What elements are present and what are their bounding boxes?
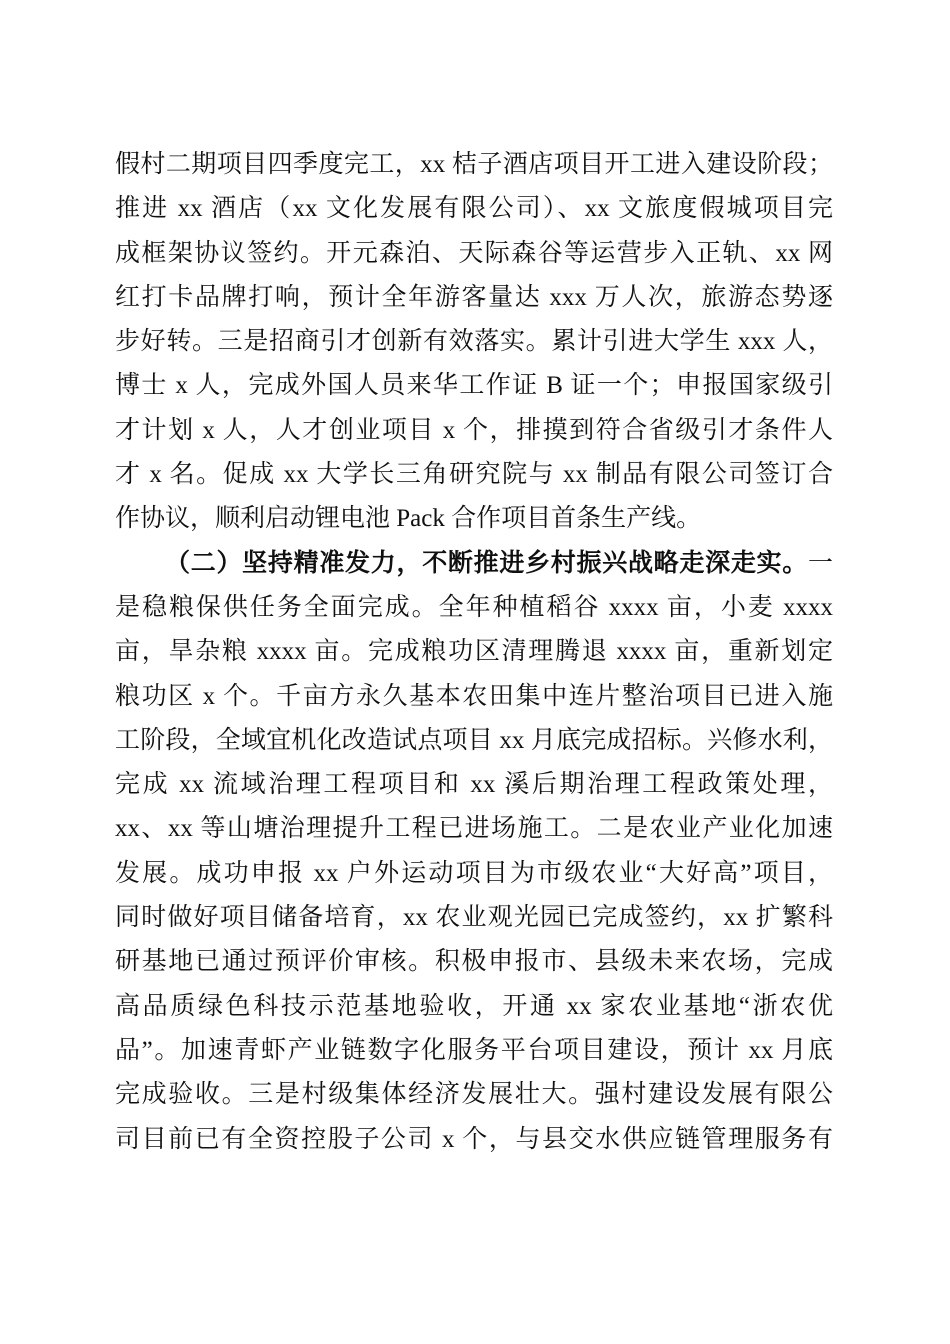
text-line: 工阶段，全域宜机化改造试点项目 xx 月底完成招标。兴修水利， — [115, 719, 833, 763]
text-line: xx、xx 等山塘治理提升工程已进场施工。二是农业产业化加速 — [115, 807, 833, 851]
document-page: 假村二期项目四季度完工，xx 桔子酒店项目开工进入建设阶段；推进 xx 酒店（x… — [0, 0, 950, 1344]
text-line: 推进 xx 酒店（xx 文化发展有限公司）、xx 文旅度假城项目完 — [115, 187, 833, 231]
text-line: 司目前已有全资控股子公司 x 个，与县交水供应链管理服务有 — [115, 1118, 833, 1162]
body-text: 是稳粮保供任务全面完成。全年种植稻谷 xxxx 亩，小麦 xxxx — [115, 594, 833, 621]
text-line: 高品质绿色科技示范基地验收，开通 xx 家农业基地“浙农优 — [115, 985, 833, 1029]
body-text: 步好转。三是招商引才创新有效落实。累计引进大学生 xxx 人， — [115, 328, 833, 355]
section-heading-text: （二）坚持精准发力，不断推进乡村振兴战略走深走实。 — [165, 550, 808, 577]
body-text: 成框架协议签约。开元森泊、天际森谷等运营步入正轨、xx 网 — [115, 240, 833, 267]
body-text: 推进 xx 酒店（xx 文化发展有限公司）、xx 文旅度假城项目完 — [115, 195, 833, 222]
body-text: 工阶段，全域宜机化改造试点项目 xx 月底完成招标。兴修水利， — [115, 727, 833, 754]
body-text: 一 — [808, 550, 833, 577]
body-text: 研基地已通过预评价审核。积极申报市、县级未来农场，完成 — [115, 948, 833, 975]
body-text: 假村二期项目四季度完工，xx 桔子酒店项目开工进入建设阶段； — [115, 151, 833, 178]
body-text: 司目前已有全资控股子公司 x 个，与县交水供应链管理服务有 — [115, 1126, 833, 1153]
text-block: 假村二期项目四季度完工，xx 桔子酒店项目开工进入建设阶段；推进 xx 酒店（x… — [115, 143, 833, 1162]
paragraph-section-two: （二）坚持精准发力，不断推进乡村振兴战略走深走实。一是稳粮保供任务全面完成。全年… — [115, 542, 833, 1162]
text-line: 成框架协议签约。开元森泊、天际森谷等运营步入正轨、xx 网 — [115, 232, 833, 276]
text-line: 步好转。三是招商引才创新有效落实。累计引进大学生 xxx 人， — [115, 320, 833, 364]
body-text: 完成 xx 流域治理工程项目和 xx 溪后期治理工程政策处理， — [115, 771, 833, 798]
body-text: 博士 x 人，完成外国人员来华工作证 B 证一个；申报国家级引 — [115, 372, 833, 399]
text-line: 完成验收。三是村级集体经济发展壮大。强村建设发展有限公 — [115, 1073, 833, 1117]
text-line: 作协议，顺利启动锂电池 Pack 合作项目首条生产线。 — [115, 497, 833, 541]
body-text: 作协议，顺利启动锂电池 Pack 合作项目首条生产线。 — [115, 505, 701, 532]
body-text: 粮功区 x 个。千亩方永久基本农田集中连片整治项目已进入施 — [115, 683, 833, 710]
text-line: 亩，旱杂粮 xxxx 亩。完成粮功区清理腾退 xxxx 亩，重新划定 — [115, 630, 833, 674]
body-text: 亩，旱杂粮 xxxx 亩。完成粮功区清理腾退 xxxx 亩，重新划定 — [115, 638, 833, 665]
text-line: 同时做好项目储备培育，xx 农业观光园已完成签约，xx 扩繁科 — [115, 896, 833, 940]
body-text: 品”。加速青虾产业链数字化服务平台项目建设，预计 xx 月底 — [115, 1037, 833, 1064]
paragraph-continuation: 假村二期项目四季度完工，xx 桔子酒店项目开工进入建设阶段；推进 xx 酒店（x… — [115, 143, 833, 542]
text-line: 红打卡品牌打响，预计全年游客量达 xxx 万人次，旅游态势逐 — [115, 276, 833, 320]
text-line: 完成 xx 流域治理工程项目和 xx 溪后期治理工程政策处理， — [115, 763, 833, 807]
text-line: 发展。成功申报 xx 户外运动项目为市级农业“大好高”项目， — [115, 852, 833, 896]
body-text: 发展。成功申报 xx 户外运动项目为市级农业“大好高”项目， — [115, 860, 833, 887]
text-line: （二）坚持精准发力，不断推进乡村振兴战略走深走实。一 — [115, 542, 833, 586]
text-line: 假村二期项目四季度完工，xx 桔子酒店项目开工进入建设阶段； — [115, 143, 833, 187]
body-text: 同时做好项目储备培育，xx 农业观光园已完成签约，xx 扩繁科 — [115, 904, 833, 931]
body-text: 才计划 x 人，人才创业项目 x 个，排摸到符合省级引才条件人 — [115, 417, 833, 444]
body-text: xx、xx 等山塘治理提升工程已进场施工。二是农业产业化加速 — [115, 815, 833, 842]
body-text: 才 x 名。促成 xx 大学长三角研究院与 xx 制品有限公司签订合 — [115, 461, 833, 488]
text-line: 博士 x 人，完成外国人员来华工作证 B 证一个；申报国家级引 — [115, 364, 833, 408]
text-line: 品”。加速青虾产业链数字化服务平台项目建设，预计 xx 月底 — [115, 1029, 833, 1073]
text-line: 是稳粮保供任务全面完成。全年种植稻谷 xxxx 亩，小麦 xxxx — [115, 586, 833, 630]
body-text: 高品质绿色科技示范基地验收，开通 xx 家农业基地“浙农优 — [115, 993, 833, 1020]
text-line: 才计划 x 人，人才创业项目 x 个，排摸到符合省级引才条件人 — [115, 409, 833, 453]
body-text: 完成验收。三是村级集体经济发展壮大。强村建设发展有限公 — [115, 1081, 833, 1108]
text-line: 才 x 名。促成 xx 大学长三角研究院与 xx 制品有限公司签订合 — [115, 453, 833, 497]
text-line: 研基地已通过预评价审核。积极申报市、县级未来农场，完成 — [115, 940, 833, 984]
body-text: 红打卡品牌打响，预计全年游客量达 xxx 万人次，旅游态势逐 — [115, 284, 833, 311]
text-line: 粮功区 x 个。千亩方永久基本农田集中连片整治项目已进入施 — [115, 675, 833, 719]
